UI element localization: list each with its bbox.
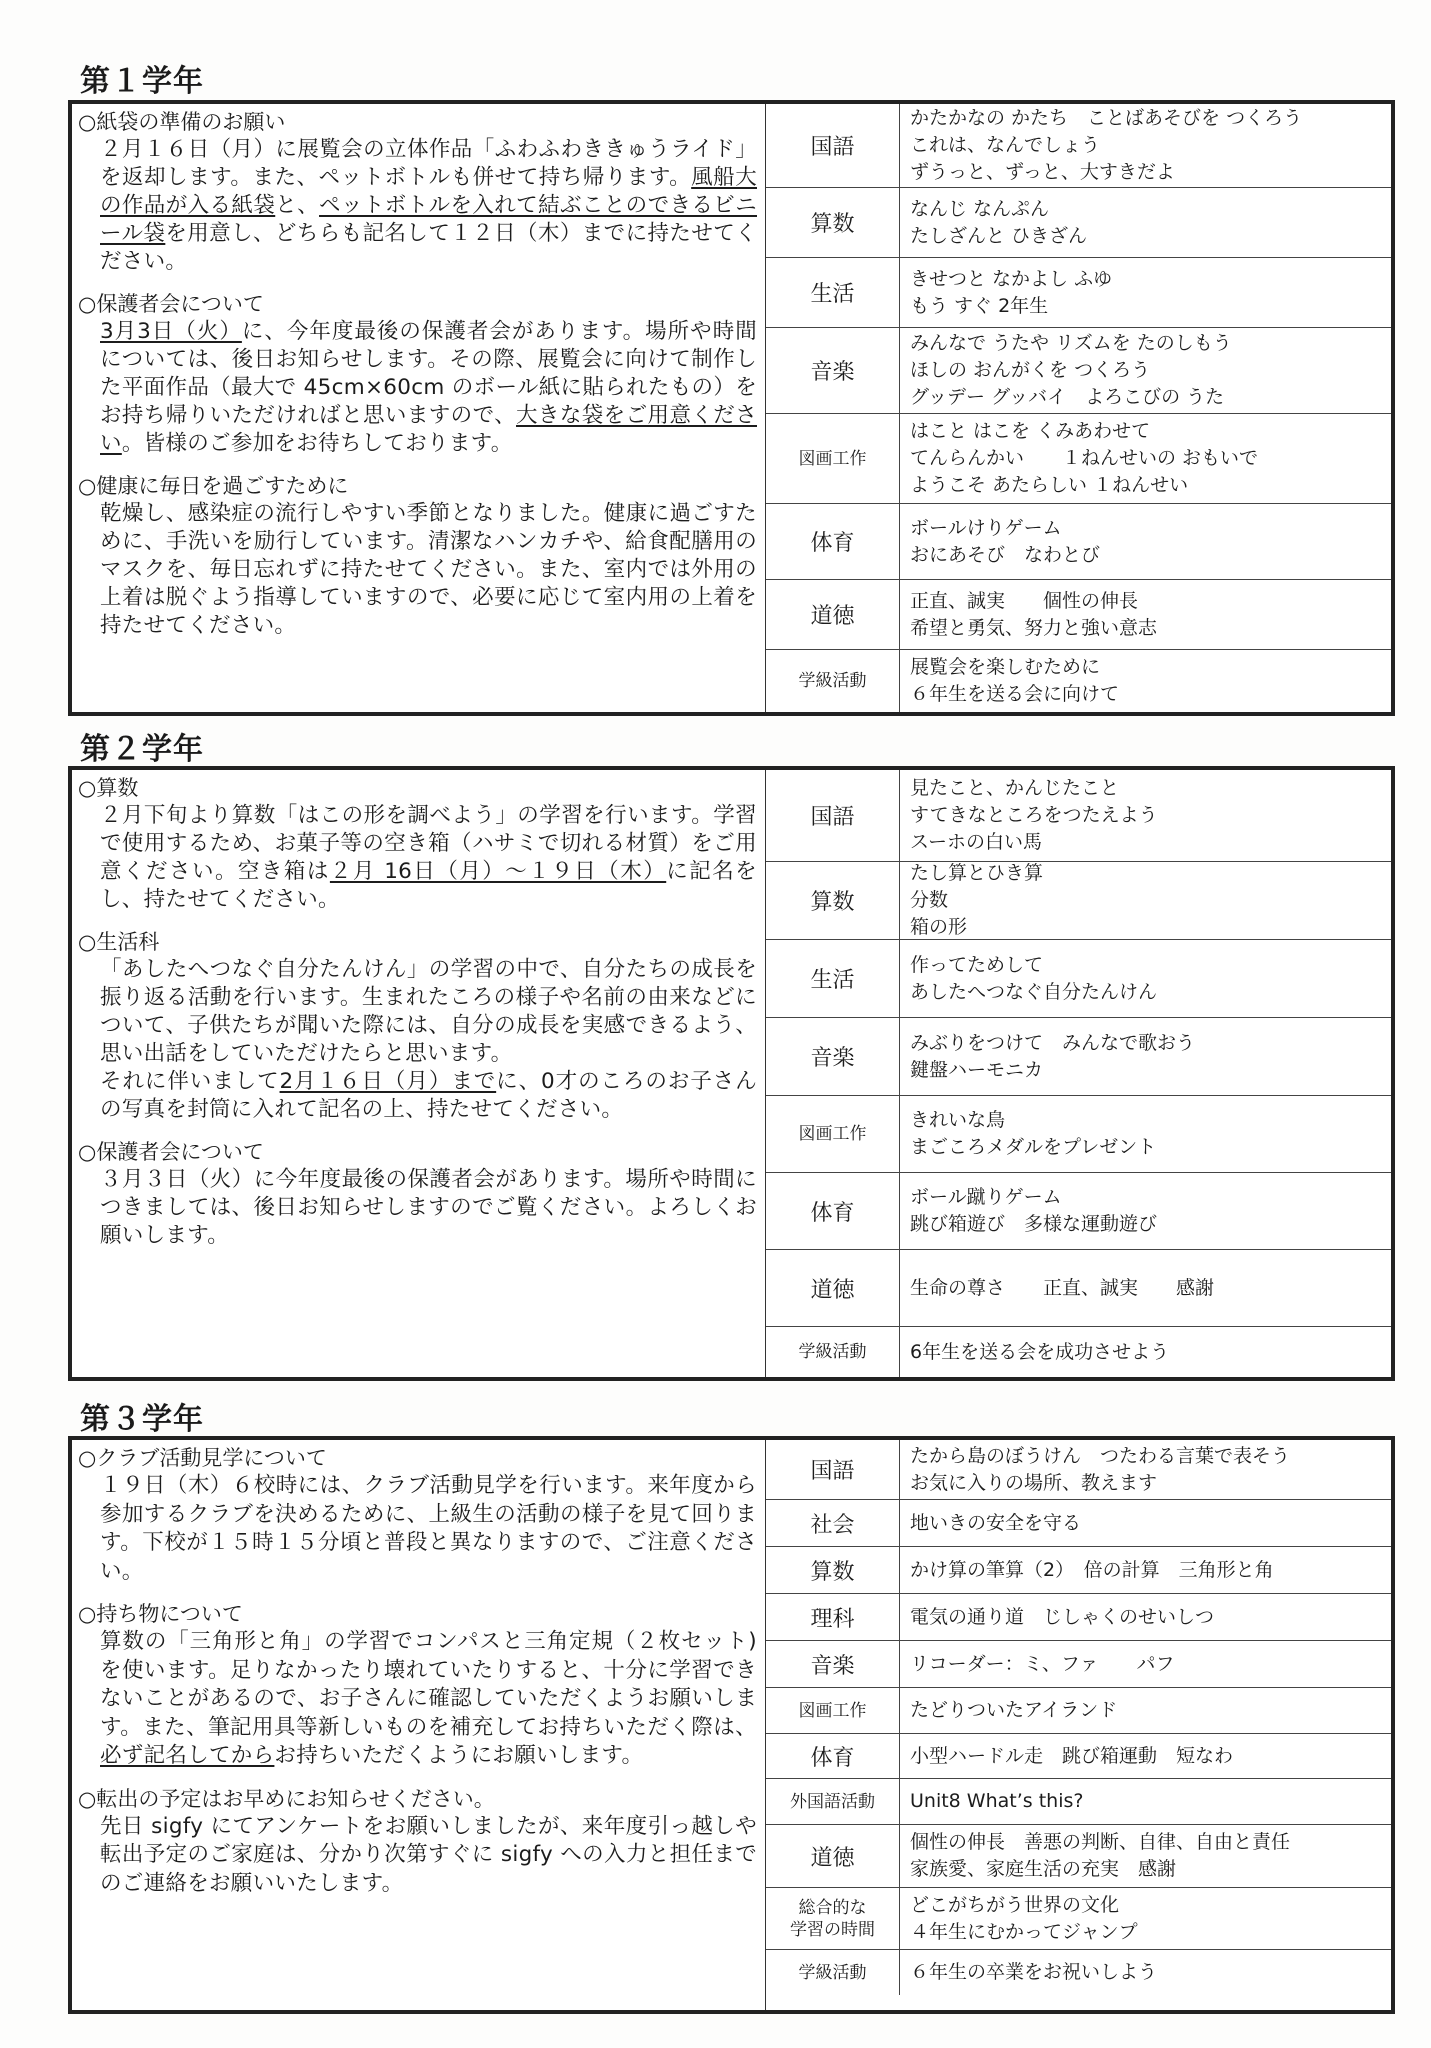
body-text: お持ちいただくようにお願いします。 [274, 1743, 643, 1768]
subject-line: 鍵盤ハーモニカ [910, 1057, 1195, 1084]
subject-content: 電気の通り道 じしゃくのせいしつ [900, 1594, 1224, 1640]
subject-name: 音楽 [766, 1018, 900, 1095]
notice-body: 「あしたへつなぐ自分たんけん」の学習の中で、自分たちの成長を振り返る活動を行いま… [78, 956, 757, 1124]
subject-name: 算数 [766, 1547, 900, 1593]
subject-row: 生活作ってためしてあしたへつなぐ自分たんけん [766, 940, 1391, 1018]
subject-line: ６年生の卒業をお祝いしよう [910, 1959, 1157, 1986]
notice-body: ２月下旬より算数「はこの形を調べよう」の学習を行います。学習で使用するため、お菓… [78, 802, 757, 914]
notice: ○保護者会について3月3日（火）に、今年度最後の保護者会があります。場所や時間に… [78, 290, 757, 458]
subject-row: 学級活動6年生を送る会を成功させよう [766, 1327, 1391, 1377]
notice-title: ○転出の予定はお早めにお知らせください。 [78, 1785, 757, 1813]
subject-line: なんじ なんぷん [910, 196, 1087, 223]
body-text: と、 [275, 193, 319, 218]
notice-body: 先日 sigfy にてアンケートをお願いしましたが、来年度引っ越しや転出予定のご… [78, 1813, 757, 1899]
subject-content: かたかなの かたち ことばあそびを つくろうこれは、なんでしょうずうっと、ずっと… [900, 104, 1312, 187]
notice-body: ３月３日（火）に今年度最後の保護者会があります。場所や時間につきましては、後日お… [78, 1166, 757, 1250]
subject-line: もう すぐ 2年生 [910, 293, 1112, 320]
subject-name: 学級活動 [766, 1327, 900, 1377]
body-text: 先日 sigfy にてアンケートをお願いしましたが、来年度引っ越しや転出予定のご… [100, 1814, 757, 1896]
subject-name: 音楽 [766, 328, 900, 413]
subject-name: 国語 [766, 1440, 900, 1499]
subject-name: 算数 [766, 862, 900, 939]
body-text: それに伴いまして [100, 1069, 280, 1094]
grade3-notices: ○クラブ活動見学について１９日（木）６校時には、クラブ活動見学を行います。来年度… [72, 1440, 766, 2010]
subject-line: 箱の形 [910, 914, 1043, 941]
grade1-subject-table: 国語かたかなの かたち ことばあそびを つくろうこれは、なんでしょうずうっと、ず… [766, 104, 1391, 712]
subject-line: かけ算の筆算（2） 倍の計算 三角形と角 [910, 1557, 1274, 1584]
subject-content: 個性の伸長 善悪の判断、自律、自由と責任家族愛、家庭生活の充実 感謝 [900, 1825, 1300, 1887]
notice-title: ○紙袋の準備のお願い [78, 108, 757, 136]
notice-title: ○保護者会について [78, 1138, 757, 1166]
notice: ○紙袋の準備のお願い２月１６日（月）に展覧会の立体作品「ふわふわききゅうライド」… [78, 108, 757, 276]
subject-name: 体育 [766, 504, 900, 579]
subject-line: 小型ハードル走 跳び箱運動 短なわ [910, 1743, 1233, 1770]
subject-line: たし算とひき算 [910, 860, 1043, 887]
subject-name: 学級活動 [766, 650, 900, 712]
subject-line: 展覧会を楽しむために [910, 654, 1119, 681]
subject-line: お気に入りの場所、教えます [910, 1470, 1290, 1497]
subject-line: 家族愛、家庭生活の充実 感謝 [910, 1856, 1290, 1883]
subject-row: 学級活動展覧会を楽しむために６年生を送る会に向けて [766, 650, 1391, 712]
subject-line: グッデー グッバイ よろこびの うた [910, 384, 1232, 411]
subject-line: どこがちがう世界の文化 [910, 1892, 1138, 1919]
notice-title: ○健康に毎日を過ごすために [78, 472, 757, 500]
underlined-text: 2月１６日（月）まで [280, 1069, 497, 1094]
subject-name: 国語 [766, 770, 900, 861]
subject-line: Unit8 What’s this? [910, 1788, 1083, 1815]
subject-name: 国語 [766, 104, 900, 187]
subject-row: 図画工作はこと はこを くみあわせててんらんかい １ねんせいの おもいでようこそ… [766, 414, 1391, 504]
subject-line: 個性の伸長 善悪の判断、自律、自由と責任 [910, 1829, 1290, 1856]
subject-line: 正直、誠実 個性の伸長 [910, 588, 1157, 615]
subject-row: 国語たから島のぼうけん つたわる言葉で表そうお気に入りの場所、教えます [766, 1440, 1391, 1500]
subject-line: ボール蹴りゲーム [910, 1184, 1157, 1211]
subject-row: 体育ボールけりゲームおにあそび なわとび [766, 504, 1391, 580]
subject-content: たし算とひき算分数箱の形 [900, 862, 1053, 939]
notice: ○算数２月下旬より算数「はこの形を調べよう」の学習を行います。学習で使用するため… [78, 774, 757, 914]
underlined-text: ２月 16日（月）～１９日（木） [330, 859, 666, 884]
subject-name: 体育 [766, 1734, 900, 1778]
underlined-text: 必ず記名してから [100, 1743, 274, 1768]
subject-content: なんじ なんぷんたしざんと ひきざん [900, 188, 1097, 257]
subject-row: 国語見たこと、かんじたことすてきなところをつたえようスーホの白い馬 [766, 770, 1391, 862]
subject-line: みんなで うたや リズムを たのしもう [910, 330, 1232, 357]
subject-line: 生命の尊さ 正直、誠実 感謝 [910, 1275, 1214, 1302]
grade1-section: ○紙袋の準備のお願い２月１６日（月）に展覧会の立体作品「ふわふわききゅうライド」… [68, 100, 1395, 716]
subject-content: 6年生を送る会を成功させよう [900, 1327, 1179, 1377]
subject-line: 分数 [910, 887, 1043, 914]
subject-content: 生命の尊さ 正直、誠実 感謝 [900, 1250, 1224, 1326]
notice-body: 3月3日（火）に、今年度最後の保護者会があります。場所や時間については、後日お知… [78, 318, 757, 458]
subject-row: 理科電気の通り道 じしゃくのせいしつ [766, 1594, 1391, 1641]
subject-line: 6年生を送る会を成功させよう [910, 1339, 1169, 1366]
subject-content: 小型ハードル走 跳び箱運動 短なわ [900, 1734, 1243, 1778]
subject-row: 国語かたかなの かたち ことばあそびを つくろうこれは、なんでしょうずうっと、ず… [766, 104, 1391, 188]
subject-name: 道徳 [766, 1250, 900, 1326]
subject-row: 外国語活動Unit8 What’s this? [766, 1779, 1391, 1825]
subject-content: たどりついたアイランド [900, 1688, 1127, 1733]
subject-row: 算数なんじ なんぷんたしざんと ひきざん [766, 188, 1391, 258]
subject-row: 生活きせつと なかよし ふゆもう すぐ 2年生 [766, 258, 1391, 328]
subject-content: きれいな鳥まごころメダルをプレゼント [900, 1096, 1166, 1172]
subject-name: 図画工作 [766, 1688, 900, 1733]
subject-line: ずうっと、ずっと、大すきだよ [910, 159, 1302, 186]
subject-line: ボールけりゲーム [910, 515, 1100, 542]
subject-line: まごころメダルをプレゼント [910, 1134, 1156, 1161]
subject-line: 希望と勇気、努力と強い意志 [910, 615, 1157, 642]
subject-line: スーホの白い馬 [910, 829, 1158, 856]
body-text: 算数の「三角形と角」の学習でコンパスと三角定規（２枚セット)を使います。足りなか… [100, 1629, 757, 1740]
subject-line: きれいな鳥 [910, 1107, 1156, 1134]
subject-line: てんらんかい １ねんせいの おもいで [910, 445, 1258, 472]
body-text: １９日（木）６校時には、クラブ活動見学を行います。来年度から参加するクラブを決め… [100, 1473, 757, 1584]
grade1-title: 第１学年 [80, 56, 204, 100]
subject-name: 理科 [766, 1594, 900, 1640]
subject-line: 見たこと、かんじたこと [910, 775, 1158, 802]
subject-name: 体育 [766, 1173, 900, 1249]
subject-row: 総合的な 学習の時間どこがちがう世界の文化４年生にむかってジャンプ [766, 1888, 1391, 1950]
subject-name: 学級活動 [766, 1950, 900, 1995]
grade2-subject-table: 国語見たこと、かんじたことすてきなところをつたえようスーホの白い馬算数たし算とひ… [766, 770, 1391, 1377]
subject-line: おにあそび なわとび [910, 542, 1100, 569]
grade2-title: 第２学年 [80, 724, 204, 768]
subject-name: 社会 [766, 1500, 900, 1546]
subject-content: ボール蹴りゲーム跳び箱遊び 多様な運動遊び [900, 1173, 1167, 1249]
subject-line: ６年生を送る会に向けて [910, 681, 1119, 708]
subject-content: みぶりをつけて みんなで歌おう鍵盤ハーモニカ [900, 1018, 1205, 1095]
subject-content: 見たこと、かんじたことすてきなところをつたえようスーホの白い馬 [900, 770, 1168, 861]
subject-line: はこと はこを くみあわせて [910, 418, 1258, 445]
notice-title: ○クラブ活動見学について [78, 1444, 757, 1472]
subject-line: かたかなの かたち ことばあそびを つくろう [910, 105, 1302, 132]
notice: ○健康に毎日を過ごすために乾燥し、感染症の流行しやすい季節となりました。健康に過… [78, 472, 757, 640]
subject-name: 図画工作 [766, 1096, 900, 1172]
subject-content: 展覧会を楽しむために６年生を送る会に向けて [900, 650, 1129, 712]
subject-line: 地いきの安全を守る [910, 1510, 1081, 1537]
subject-row: 音楽リコーダー：ミ、ファ パフ [766, 1641, 1391, 1688]
body-text: ３月３日（火）に今年度最後の保護者会があります。場所や時間につきましては、後日お… [100, 1167, 757, 1248]
subject-content: ６年生の卒業をお祝いしよう [900, 1950, 1167, 1995]
subject-name: 図画工作 [766, 414, 900, 503]
subject-line: 跳び箱遊び 多様な運動遊び [910, 1211, 1157, 1238]
notice: ○転出の予定はお早めにお知らせください。先日 sigfy にてアンケートをお願い… [78, 1785, 757, 1899]
subject-line: みぶりをつけて みんなで歌おう [910, 1030, 1195, 1057]
subject-name: 音楽 [766, 1641, 900, 1687]
subject-content: かけ算の筆算（2） 倍の計算 三角形と角 [900, 1547, 1284, 1593]
subject-name: 算数 [766, 188, 900, 257]
subject-row: 算数かけ算の筆算（2） 倍の計算 三角形と角 [766, 1547, 1391, 1594]
subject-line: たから島のぼうけん つたわる言葉で表そう [910, 1443, 1290, 1470]
grade2-section: ○算数２月下旬より算数「はこの形を調べよう」の学習を行います。学習で使用するため… [68, 766, 1395, 1381]
subject-content: はこと はこを くみあわせててんらんかい １ねんせいの おもいでようこそ あたら… [900, 414, 1268, 503]
subject-content: リコーダー：ミ、ファ パフ [900, 1641, 1184, 1687]
subject-row: 学級活動６年生の卒業をお祝いしよう [766, 1950, 1391, 1995]
subject-content: 正直、誠実 個性の伸長希望と勇気、努力と強い意志 [900, 580, 1167, 649]
grade3-section: ○クラブ活動見学について１９日（木）６校時には、クラブ活動見学を行います。来年度… [68, 1436, 1395, 2014]
notice: ○保護者会について３月３日（火）に今年度最後の保護者会があります。場所や時間につ… [78, 1138, 757, 1250]
subject-name: 道徳 [766, 1825, 900, 1887]
notice: ○持ち物について算数の「三角形と角」の学習でコンパスと三角定規（２枚セット)を使… [78, 1600, 757, 1771]
subject-row: 道徳生命の尊さ 正直、誠実 感謝 [766, 1250, 1391, 1327]
subject-row: 音楽みんなで うたや リズムを たのしもうほしの おんがくを つくろうグッデー … [766, 328, 1391, 414]
subject-row: 社会地いきの安全を守る [766, 1500, 1391, 1547]
notice-body: １９日（木）６校時には、クラブ活動見学を行います。来年度から参加するクラブを決め… [78, 1472, 757, 1586]
subject-content: きせつと なかよし ふゆもう すぐ 2年生 [900, 258, 1122, 327]
subject-content: みんなで うたや リズムを たのしもうほしの おんがくを つくろうグッデー グッ… [900, 328, 1242, 413]
notice-title: ○生活科 [78, 928, 757, 956]
subject-line: これは、なんでしょう [910, 132, 1302, 159]
subject-line: 作ってためして [910, 952, 1157, 979]
subject-name: 外国語活動 [766, 1779, 900, 1824]
body-text: 。皆様のご参加をお待ちしております。 [122, 431, 513, 456]
subject-content: 作ってためしてあしたへつなぐ自分たんけん [900, 940, 1167, 1017]
subject-line: ４年生にむかってジャンプ [910, 1919, 1138, 1946]
body-text: ２月１６日（月）に展覧会の立体作品「ふわふわききゅうライド」を返却します。また、… [100, 137, 757, 190]
notice-title: ○保護者会について [78, 290, 757, 318]
subject-content: 地いきの安全を守る [900, 1500, 1091, 1546]
subject-content: Unit8 What’s this? [900, 1779, 1093, 1824]
subject-row: 体育小型ハードル走 跳び箱運動 短なわ [766, 1734, 1391, 1779]
subject-line: あしたへつなぐ自分たんけん [910, 979, 1157, 1006]
notice-title: ○持ち物について [78, 1600, 757, 1628]
subject-content: ボールけりゲームおにあそび なわとび [900, 504, 1110, 579]
subject-content: たから島のぼうけん つたわる言葉で表そうお気に入りの場所、教えます [900, 1440, 1300, 1499]
grade3-title: 第３学年 [80, 1394, 204, 1438]
grade3-subject-table: 国語たから島のぼうけん つたわる言葉で表そうお気に入りの場所、教えます社会地いき… [766, 1440, 1391, 2010]
underlined-text: 3月3日（火） [100, 319, 242, 344]
subject-line: すてきなところをつたえよう [910, 802, 1158, 829]
subject-line: 電気の通り道 じしゃくのせいしつ [910, 1604, 1214, 1631]
notice-body: 乾燥し、感染症の流行しやすい季節となりました。健康に過ごすために、手洗いを励行し… [78, 500, 757, 640]
body-text: 「あしたへつなぐ自分たんけん」の学習の中で、自分たちの成長を振り返る活動を行いま… [100, 957, 757, 1066]
subject-name: 生活 [766, 940, 900, 1017]
notice-title: ○算数 [78, 774, 757, 802]
subject-row: 音楽みぶりをつけて みんなで歌おう鍵盤ハーモニカ [766, 1018, 1391, 1096]
subject-line: ようこそ あたらしい １ねんせい [910, 472, 1258, 499]
notice: ○生活科「あしたへつなぐ自分たんけん」の学習の中で、自分たちの成長を振り返る活動… [78, 928, 757, 1124]
grade2-notices: ○算数２月下旬より算数「はこの形を調べよう」の学習を行います。学習で使用するため… [72, 770, 766, 1377]
subject-line: たしざんと ひきざん [910, 223, 1087, 250]
subject-line: きせつと なかよし ふゆ [910, 266, 1112, 293]
grade1-notices: ○紙袋の準備のお願い２月１６日（月）に展覧会の立体作品「ふわふわききゅうライド」… [72, 104, 766, 712]
subject-content: どこがちがう世界の文化４年生にむかってジャンプ [900, 1888, 1148, 1949]
notice-body: ２月１６日（月）に展覧会の立体作品「ふわふわききゅうライド」を返却します。また、… [78, 136, 757, 276]
notice: ○クラブ活動見学について１９日（木）６校時には、クラブ活動見学を行います。来年度… [78, 1444, 757, 1586]
subject-row: 図画工作きれいな鳥まごころメダルをプレゼント [766, 1096, 1391, 1173]
subject-line: リコーダー：ミ、ファ パフ [910, 1651, 1174, 1678]
subject-name: 道徳 [766, 580, 900, 649]
subject-name: 生活 [766, 258, 900, 327]
subject-name: 総合的な 学習の時間 [766, 1888, 900, 1949]
subject-row: 図画工作たどりついたアイランド [766, 1688, 1391, 1734]
subject-row: 道徳正直、誠実 個性の伸長希望と勇気、努力と強い意志 [766, 580, 1391, 650]
subject-line: たどりついたアイランド [910, 1697, 1117, 1724]
notice-body: 算数の「三角形と角」の学習でコンパスと三角定規（２枚セット)を使います。足りなか… [78, 1628, 757, 1771]
subject-row: 道徳個性の伸長 善悪の判断、自律、自由と責任家族愛、家庭生活の充実 感謝 [766, 1825, 1391, 1888]
subject-line: ほしの おんがくを つくろう [910, 357, 1232, 384]
subject-row: 体育ボール蹴りゲーム跳び箱遊び 多様な運動遊び [766, 1173, 1391, 1250]
subject-row: 算数たし算とひき算分数箱の形 [766, 862, 1391, 940]
body-text: 乾燥し、感染症の流行しやすい季節となりました。健康に過ごすために、手洗いを励行し… [100, 501, 757, 638]
body-text: を用意し、どちらも記名して１２日（木）までに持たせてください。 [100, 221, 757, 274]
